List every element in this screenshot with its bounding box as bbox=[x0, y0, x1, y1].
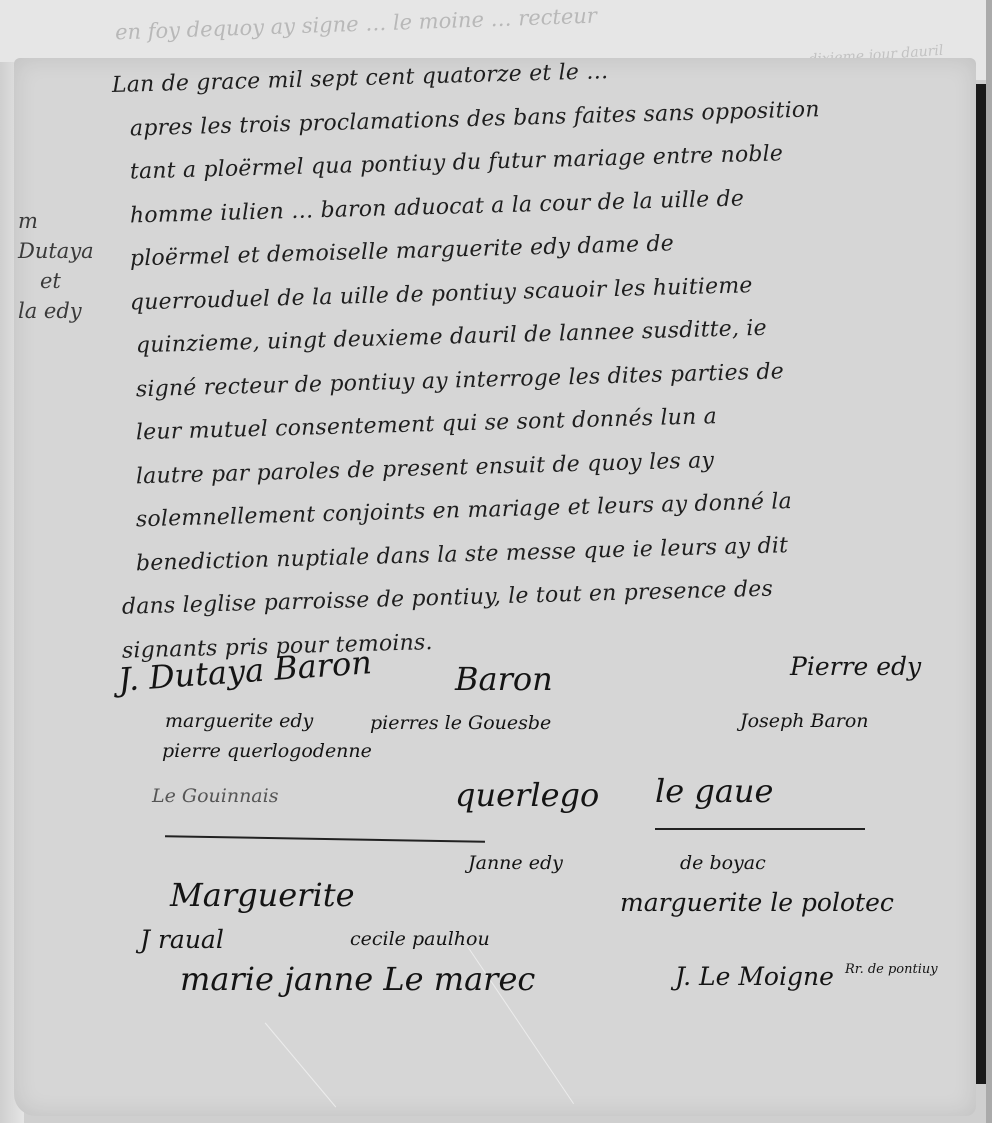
previous-entry-text: en foy dequoy ay signe … le moine … rect… bbox=[115, 4, 598, 45]
margin-entry-number: m bbox=[18, 210, 108, 232]
signature-rector: J. Le Moigne bbox=[675, 962, 834, 991]
signature: Baron bbox=[455, 660, 553, 698]
margin-note: m Dutaya et la edy bbox=[18, 210, 108, 330]
signature: marguerite le polotec bbox=[620, 888, 894, 917]
rector-title: Rr. de pontiuy bbox=[845, 962, 938, 977]
margin-name-groom: Dutaya bbox=[18, 240, 108, 262]
margin-name-bride: la edy bbox=[18, 300, 108, 322]
signature: marie janne Le marec bbox=[180, 960, 535, 998]
signature: Joseph Baron bbox=[740, 710, 869, 732]
signature: cecile paulhou bbox=[350, 928, 490, 950]
signature: pierre querlogodenne bbox=[162, 740, 372, 762]
signature: Le Gouinnais bbox=[152, 785, 278, 807]
binding-edge bbox=[976, 84, 986, 1084]
signature: de boyac bbox=[680, 852, 766, 874]
signature: pierres le Gouesbe bbox=[370, 712, 551, 734]
entry-body: Lan de grace mil sept cent quatorze et l… bbox=[112, 64, 942, 673]
binding-margin bbox=[986, 0, 992, 1123]
margin-conjunction: et bbox=[18, 270, 108, 292]
signature: le gaue bbox=[655, 772, 773, 810]
signature: Janne edy bbox=[468, 852, 563, 874]
signature-underline bbox=[655, 828, 865, 830]
signature: Pierre edy bbox=[790, 652, 921, 681]
signature-bride: marguerite edy bbox=[165, 710, 313, 732]
signature: J raual bbox=[140, 925, 224, 954]
signature: Marguerite bbox=[170, 876, 355, 914]
signature: querlego bbox=[455, 776, 599, 814]
